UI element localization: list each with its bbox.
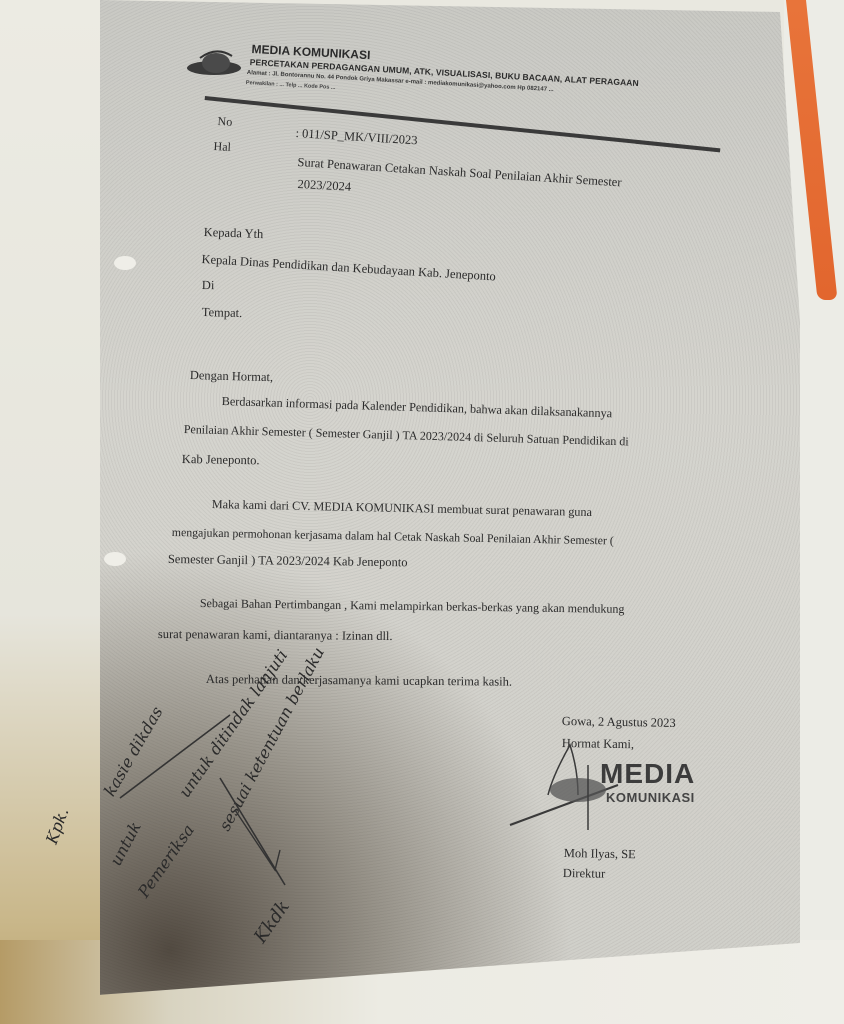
paragraph-2-line-2: mengajukan permohonan kerjasama dalam ha… <box>172 525 614 548</box>
company-logo-icon <box>186 48 244 78</box>
recipient-di: Di <box>202 278 215 293</box>
recipient-name: Kepala Dinas Pendidikan dan Kebudayaan K… <box>201 252 496 284</box>
no-label: No <box>217 114 232 130</box>
salutation: Dengan Hormat, <box>190 368 274 385</box>
signatory-title: Direktur <box>563 866 606 882</box>
no-value: : 011/SP_MK/VIII/2023 <box>295 126 418 148</box>
signatory-name: Moh Ilyas, SE <box>564 846 636 862</box>
recipient-greeting: Kepada Yth <box>203 225 263 242</box>
company-branch: Perwakilan : ... Telp ... Kode Pos ... <box>246 80 336 91</box>
paragraph-1-line-1: Berdasarkan informasi pada Kalender Pend… <box>222 394 613 421</box>
handwritten-initials: Kkdk <box>250 897 294 947</box>
paragraph-3-line-2: surat penawaran kami, diantaranya : Izin… <box>158 627 393 644</box>
recipient-place: Tempat. <box>202 305 243 321</box>
paragraph-1-line-2: Penilaian Akhir Semester ( Semester Ganj… <box>184 422 629 449</box>
handwritten-strokes-icon <box>110 690 370 890</box>
paragraph-3-line-1: Sebagai Bahan Pertimbangan , Kami melamp… <box>200 596 625 617</box>
place-date: Gowa, 2 Agustus 2023 <box>562 714 676 731</box>
paragraph-2-line-1: Maka kami dari CV. MEDIA KOMUNIKASI memb… <box>212 497 592 520</box>
paragraph-2-line-3: Semester Ganjil ) TA 2023/2024 Kab Jenep… <box>168 552 408 570</box>
stamp-text-komunikasi: KOMUNIKASI <box>606 790 695 805</box>
letter-content: MEDIA KOMUNIKASI PERCETAKAN PERDAGANGAN … <box>0 0 844 1024</box>
paragraph-1-line-3: Kab Jeneponto. <box>182 452 260 468</box>
letterhead-divider <box>205 96 721 152</box>
hal-value-year: 2023/2024 <box>297 177 351 195</box>
hal-label: Hal <box>213 139 231 155</box>
handwritten-note: Kpk. <box>42 805 73 846</box>
stamp-text-media: MEDIA <box>600 758 695 790</box>
